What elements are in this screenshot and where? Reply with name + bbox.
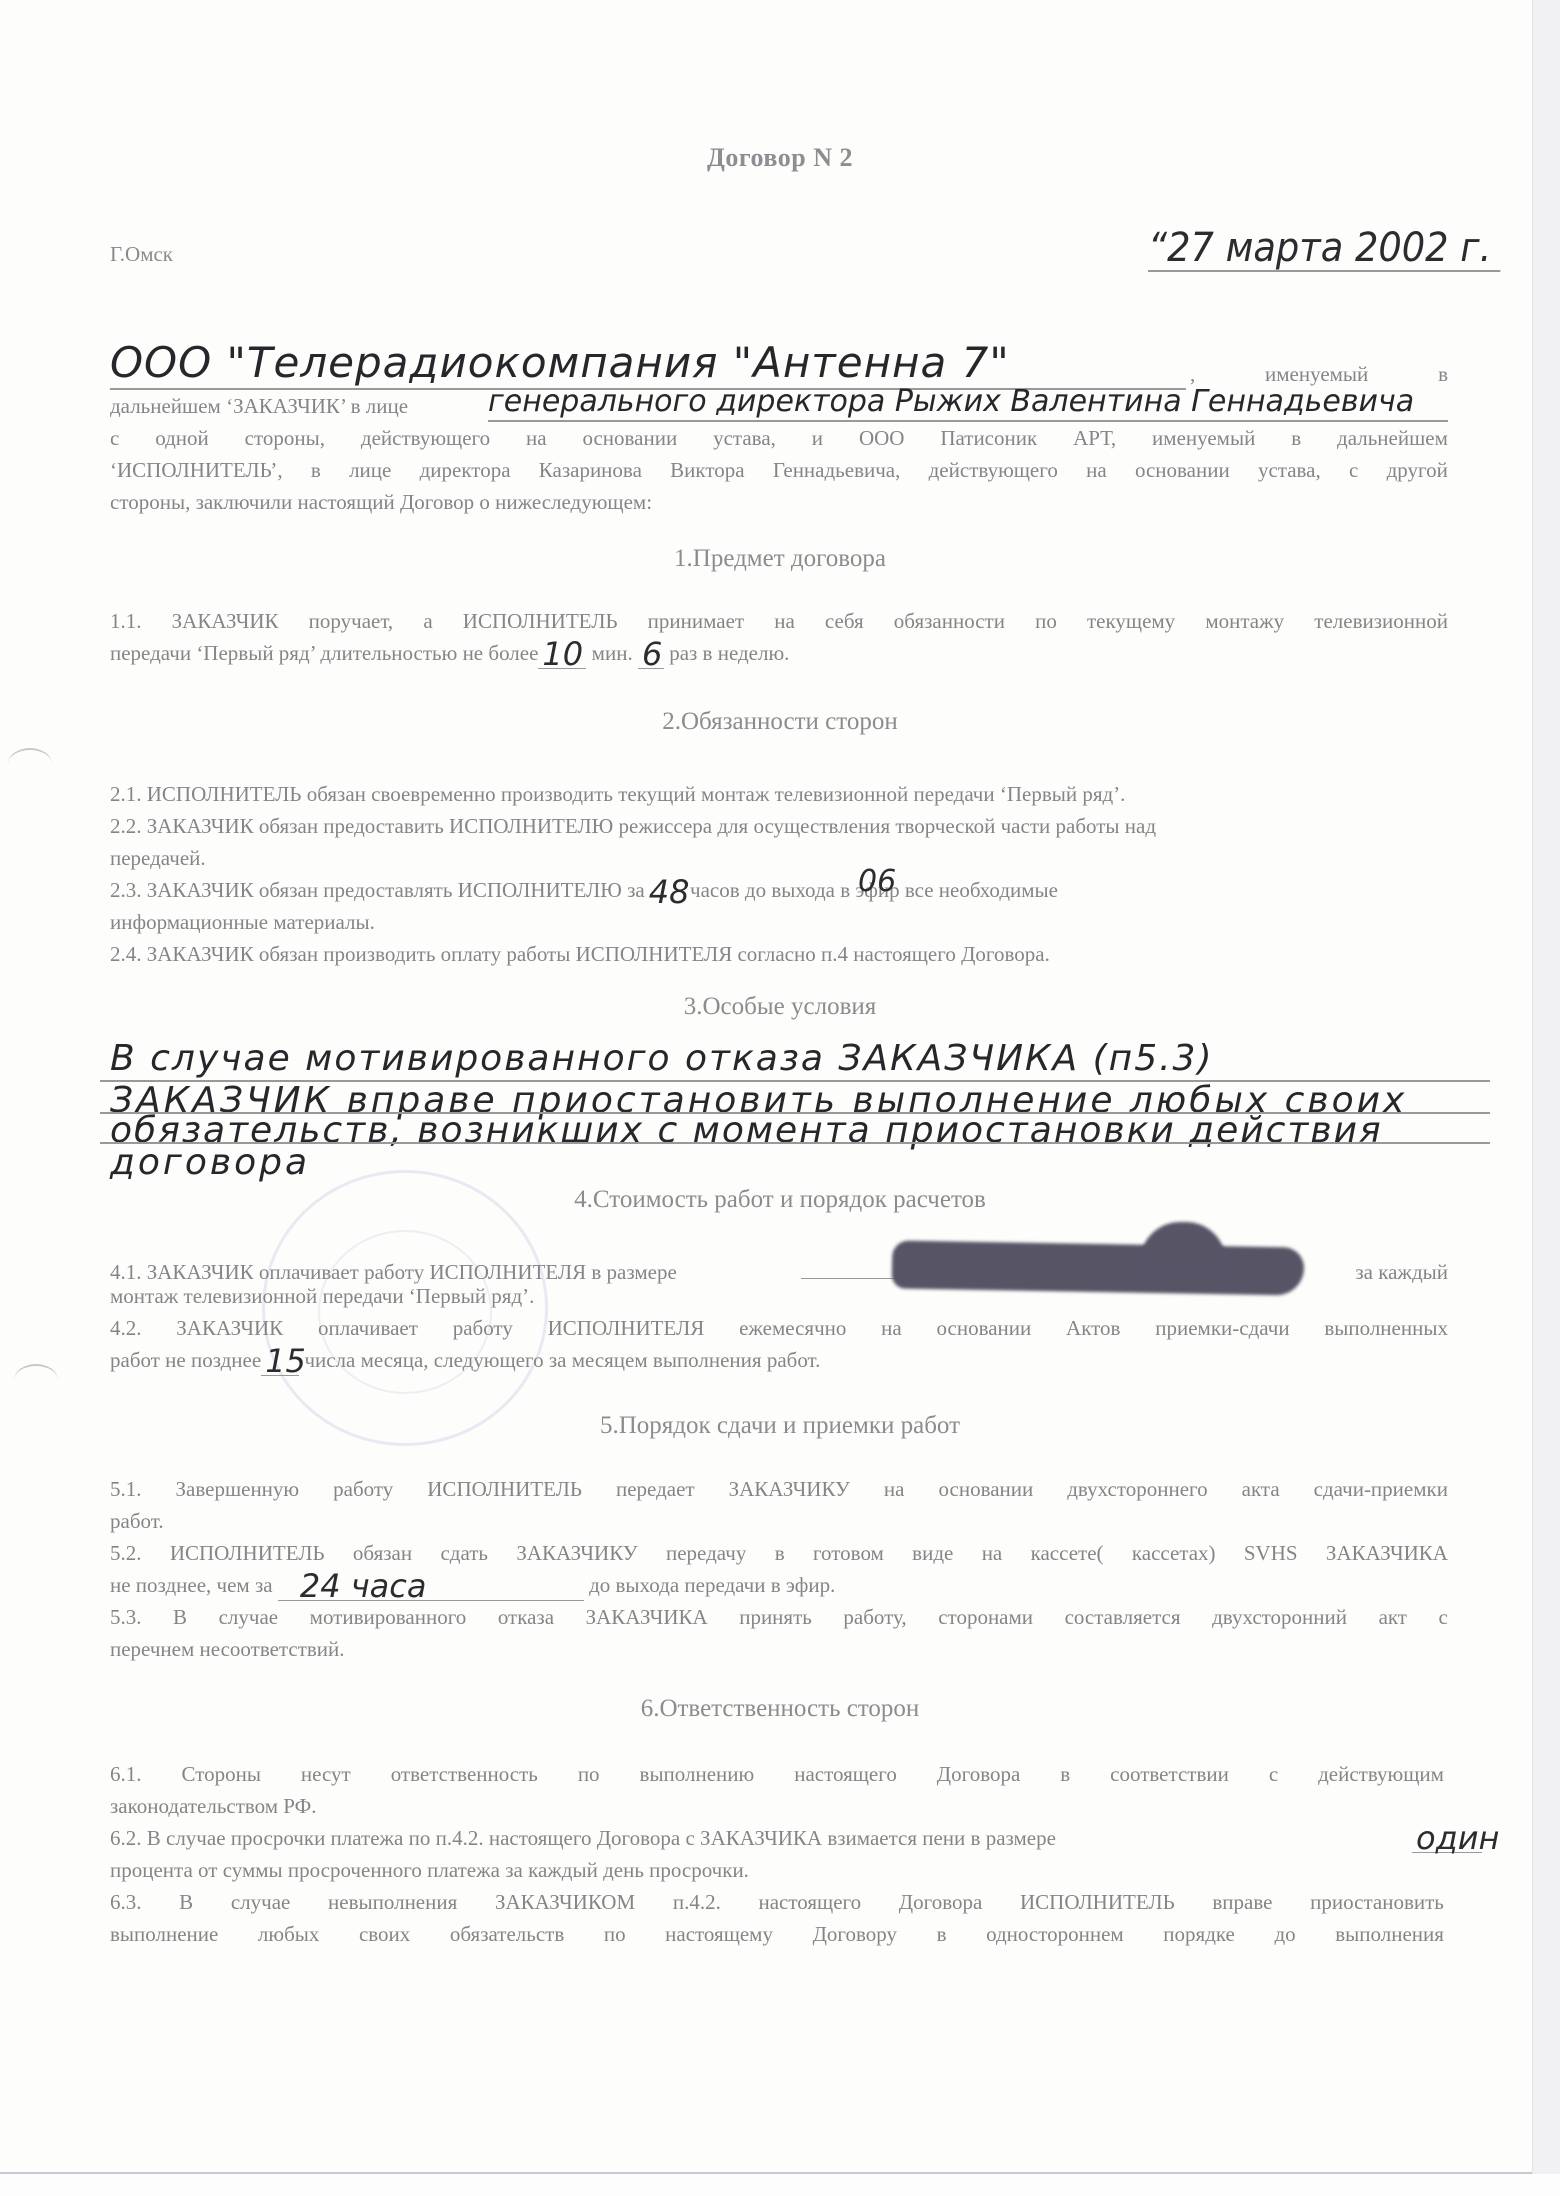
word: на: [884, 1473, 905, 1505]
word: ежемесячно: [739, 1312, 846, 1344]
delivery-deadline-handwritten: 24 часа: [300, 1570, 427, 1602]
word: ЗАКАЗЧИК: [172, 605, 279, 637]
word: в: [1060, 1758, 1070, 1790]
word: текущему: [1087, 605, 1175, 637]
word: лице: [349, 454, 391, 486]
scan-background: [0, 2174, 1560, 2196]
word: выполнение: [110, 1918, 218, 1950]
word: на: [1086, 454, 1107, 486]
word: Договора: [937, 1758, 1021, 1790]
clause-5-2-line1: 5.2.ИСПОЛНИТЕЛЬобязансдатьЗАКАЗЧИКУперед…: [110, 1537, 1448, 1569]
word: в: [311, 454, 321, 486]
blank-rule: [488, 420, 1448, 422]
word: обязанности: [894, 605, 1005, 637]
word: основании: [937, 1312, 1032, 1344]
duration-handwritten: 10: [542, 638, 583, 670]
word: другой: [1387, 454, 1448, 486]
section-heading-4: 4.Стоимость работ и порядок расчетов: [0, 1186, 1560, 1214]
word: Договора: [899, 1886, 983, 1918]
frequency-field: 6: [638, 638, 664, 669]
word: случае: [231, 1886, 291, 1918]
clause-1-1-line1: 1.1.ЗАКАЗЧИКпоручает,аИСПОЛНИТЕЛЬпринима…: [110, 605, 1448, 637]
word: действующего: [361, 422, 490, 454]
word: Казаринова: [539, 454, 642, 486]
clause-6-1-line1: 6.1.Сторонынесутответственностьповыполне…: [110, 1758, 1444, 1790]
word: ответственность: [391, 1758, 538, 1790]
word: монтажу: [1205, 605, 1284, 637]
word: кассете(: [1031, 1537, 1104, 1569]
word: акт: [1379, 1601, 1407, 1633]
word: выполнения: [1335, 1918, 1444, 1950]
word: двухстороннего: [1067, 1473, 1207, 1505]
hours-field: 48: [645, 876, 685, 906]
word: ЗАКАЗЧИКУ: [729, 1473, 850, 1505]
word: ИСПОЛНИТЕЛЯ: [548, 1312, 705, 1344]
word: Договору: [813, 1918, 897, 1950]
payment-day-field: 15: [261, 1345, 299, 1376]
word: сдачи-приемки: [1314, 1473, 1448, 1505]
word: Актов: [1066, 1312, 1120, 1344]
word: 5.2.: [110, 1537, 142, 1569]
word: сдать: [440, 1537, 488, 1569]
word: ЗАКАЗЧИКОМ: [495, 1886, 635, 1918]
word: несут: [301, 1758, 351, 1790]
word: настоящему: [665, 1918, 773, 1950]
word: составляется: [1065, 1601, 1181, 1633]
clause-text: передачи ‘Первый ряд’ длительностью не б…: [110, 641, 538, 665]
clause-2-3-line2: информационные материалы.: [110, 906, 1448, 938]
word: любых: [258, 1918, 319, 1950]
word: 1.1.: [110, 605, 142, 637]
word: принимает: [648, 605, 744, 637]
section-heading-2: 2.Обязанности сторон: [0, 708, 1560, 736]
word: Стороны: [181, 1758, 260, 1790]
word: виде: [912, 1537, 953, 1569]
clause-text: до выхода передачи в эфир.: [589, 1573, 835, 1597]
word: основании: [582, 422, 677, 454]
word: Патисоник: [940, 422, 1037, 454]
word: 5.3.: [110, 1601, 142, 1633]
word: одной: [155, 422, 209, 454]
word: с: [1439, 1601, 1448, 1633]
date-handwritten: “27 марта 2002 г.: [1148, 226, 1501, 272]
clause-5-3-line1: 5.3.ВслучаемотивированногоотказаЗАКАЗЧИК…: [110, 1601, 1448, 1633]
word: ЗАКАЗЧИКА: [586, 1601, 708, 1633]
section-heading-1: 1.Предмет договора: [0, 545, 1560, 573]
word: выполненных: [1324, 1312, 1448, 1344]
word: работу: [333, 1473, 393, 1505]
word: телевизионной: [1314, 605, 1448, 637]
section-2-clauses: 2.1. ИСПОЛНИТЕЛЬ обязан своевременно про…: [110, 778, 1448, 970]
clause-5-1-line1: 5.1.ЗавершеннуюработуИСПОЛНИТЕЛЬпередает…: [110, 1473, 1448, 1505]
clause-4-2-line2: работ не позднее15 числа месяца, следующ…: [110, 1344, 1448, 1376]
word: с: [1349, 454, 1358, 486]
preamble-line5: стороны, заключили настоящий Договор о н…: [110, 486, 1448, 518]
word: акта: [1242, 1473, 1280, 1505]
clause-6-3-line1: 6.3.ВслучаеневыполненияЗАКАЗЧИКОМп.4.2.н…: [110, 1886, 1444, 1918]
clause-5-1-line2: работ.: [110, 1505, 1448, 1537]
customer-representative-handwritten: генерального директора Рыжих Валентина Г…: [488, 384, 1414, 419]
word: сторонами: [938, 1601, 1033, 1633]
word: одностороннем: [986, 1918, 1124, 1950]
word: на: [526, 422, 547, 454]
word: Геннадьевича,: [773, 454, 901, 486]
word: ИСПОЛНИТЕЛЬ: [427, 1473, 582, 1505]
delivery-deadline-field: 24 часа: [278, 1570, 584, 1601]
special-condition-line-1: В случае мотивированного отказа ЗАКАЗЧИК…: [110, 1038, 1214, 1079]
customer-name-handwritten: ООО "Телерадиокомпания "Антенна 7": [110, 338, 1010, 387]
section-heading-3: 3.Особые условия: [0, 993, 1560, 1021]
redaction-mark: [1140, 1222, 1226, 1272]
word: Виктора: [670, 454, 744, 486]
word: в: [937, 1918, 947, 1950]
section-heading-6: 6.Ответственность сторон: [0, 1695, 1560, 1723]
redaction-mark: [892, 1240, 1305, 1295]
word: директора: [420, 454, 511, 486]
word: с: [1269, 1758, 1278, 1790]
clause-text: не позднее, чем за: [110, 1573, 273, 1597]
preamble-line2-prefix: дальнейшем ‘ЗАКАЗЧИК’ в лице: [110, 394, 408, 418]
word: ЗАКАЗЧИКА: [1326, 1537, 1448, 1569]
word: ЗАКАЗЧИК: [176, 1312, 283, 1344]
word: в: [775, 1537, 785, 1569]
scan-page-edge: [1532, 0, 1560, 2175]
word: действующего: [929, 454, 1058, 486]
clause-2-2-line1: 2.2. ЗАКАЗЧИК обязан предоставить ИСПОЛН…: [110, 810, 1448, 842]
word: обязательств: [450, 1918, 564, 1950]
word: приемки-сдачи: [1155, 1312, 1289, 1344]
word: устава,: [1258, 454, 1321, 486]
word: случае: [219, 1601, 279, 1633]
word: 6.3.: [110, 1886, 142, 1918]
word: по: [604, 1918, 626, 1950]
word: В: [179, 1886, 193, 1918]
section-heading-5: 5.Порядок сдачи и приемки работ: [0, 1412, 1560, 1440]
section-6-clauses: 6.1.Сторонынесутответственностьповыполне…: [110, 1758, 1444, 1950]
clause-6-2-line1: 6.2. В случае просрочки платежа по п.4.2…: [110, 1822, 1444, 1854]
word: ООО: [859, 422, 905, 454]
word: невыполнения: [328, 1886, 457, 1918]
word: 6.1.: [110, 1758, 142, 1790]
clause-2-1: 2.1. ИСПОЛНИТЕЛЬ обязан своевременно про…: [110, 778, 1448, 810]
clause-1-1-line2: передачи ‘Первый ряд’ длительностью не б…: [110, 637, 1448, 669]
word: на: [982, 1537, 1003, 1569]
clause-text: 6.2. В случае просрочки платежа по п.4.2…: [110, 1826, 1056, 1850]
word: вправе: [1212, 1886, 1272, 1918]
duration-field: 10: [538, 638, 586, 669]
clause-text: работ не позднее: [110, 1348, 261, 1372]
document-title: Договор N 2: [0, 143, 1560, 173]
punch-hole-mark: [14, 1364, 58, 1396]
word: на: [881, 1312, 902, 1344]
word: обязан: [353, 1537, 412, 1569]
section-5-clauses: 5.1.ЗавершеннуюработуИСПОЛНИТЕЛЬпередает…: [110, 1473, 1448, 1665]
word: на: [774, 605, 795, 637]
word: ИСПОЛНИТЕЛЬ: [1020, 1886, 1175, 1918]
word: основании: [1135, 454, 1230, 486]
word: своих: [359, 1918, 410, 1950]
clause-6-1-line2: законодательством РФ.: [110, 1790, 1444, 1822]
word: поручает,: [309, 605, 394, 637]
clause-6-3-line2: выполнениелюбыхсвоихобязательствпонастоя…: [110, 1918, 1444, 1950]
word: именуемый: [1152, 422, 1255, 454]
clause-2-2-line2: передачей.: [110, 842, 1448, 874]
word: устава,: [713, 422, 776, 454]
word: работу,: [843, 1601, 906, 1633]
word: настоящего: [759, 1886, 862, 1918]
word: Завершенную: [176, 1473, 300, 1505]
word: в: [1438, 358, 1448, 390]
word: 4.2.: [110, 1312, 142, 1344]
penalty-rate-handwritten: один: [1416, 1822, 1499, 1854]
word: двухсторонний: [1212, 1601, 1347, 1633]
word: ИСПОЛНИТЕЛЬ: [170, 1537, 325, 1569]
payment-day-handwritten: 15: [265, 1345, 306, 1377]
city-label: Г.Омск: [110, 242, 173, 267]
word: стороны,: [245, 422, 325, 454]
clause-text: числа месяца, следующего за месяцем выпо…: [304, 1348, 820, 1372]
clause-2-4: 2.4. ЗАКАЗЧИК обязан производить оплату …: [110, 938, 1448, 970]
clause-1-1: 1.1.ЗАКАЗЧИКпоручает,аИСПОЛНИТЕЛЬпринима…: [110, 605, 1448, 669]
word: 5.1.: [110, 1473, 142, 1505]
clause-2-3-line1: 2.3. ЗАКАЗЧИК обязан предоставлять ИСПОЛ…: [110, 874, 1448, 906]
clause-text: раз в неделю.: [669, 641, 789, 665]
word: с: [110, 422, 119, 454]
word: а: [423, 605, 432, 637]
frequency-handwritten: 6: [642, 638, 662, 670]
word: передает: [616, 1473, 695, 1505]
penalty-rate-field: один: [1412, 1822, 1482, 1853]
word: ‘ИСПОЛНИТЕЛЬ’,: [110, 454, 283, 486]
word: по: [1035, 605, 1057, 637]
clause-text: за каждый: [1355, 1256, 1448, 1288]
word: приостановить: [1310, 1886, 1444, 1918]
word: оплачивает: [318, 1312, 418, 1344]
preamble-line4: ‘ИСПОЛНИТЕЛЬ’,влицедиректораКазариноваВи…: [110, 454, 1448, 486]
word: В: [173, 1601, 187, 1633]
clause-text: мин.: [592, 641, 633, 665]
clause-5-3-line2: перечнем несоответствий.: [110, 1633, 1448, 1665]
word: и: [812, 422, 823, 454]
word: соответствии: [1110, 1758, 1229, 1790]
word: себя: [825, 605, 864, 637]
word: по: [578, 1758, 600, 1790]
word: АРТ,: [1073, 422, 1116, 454]
word: ЗАКАЗЧИКУ: [516, 1537, 637, 1569]
word: порядке: [1163, 1918, 1235, 1950]
overwrite-handwritten: 06: [858, 866, 896, 898]
word: п.4.2.: [673, 1886, 721, 1918]
special-condition-line-4: договора: [110, 1142, 310, 1183]
word: передачу: [666, 1537, 746, 1569]
word: кассетах): [1132, 1537, 1216, 1569]
punch-hole-mark: [8, 748, 52, 780]
word: в: [1291, 422, 1301, 454]
hours-handwritten: 48: [649, 876, 690, 908]
word: действующим: [1318, 1758, 1444, 1790]
word: основании: [938, 1473, 1033, 1505]
preamble-line3: соднойстороны,действующегонаоснованииуст…: [110, 422, 1448, 454]
word: мотивированного: [310, 1601, 467, 1633]
word: готовом: [813, 1537, 884, 1569]
word: ИСПОЛНИТЕЛЬ: [463, 605, 618, 637]
word: работу: [453, 1312, 513, 1344]
clause-text: 2.3. ЗАКАЗЧИК обязан предоставлять ИСПОЛ…: [110, 878, 645, 902]
word: выполнению: [640, 1758, 755, 1790]
clause-5-2-line2: не позднее, чем за 24 часа до выхода пер…: [110, 1569, 1448, 1601]
word: дальнейшем: [1337, 422, 1448, 454]
clause-4-2-line1: 4.2.ЗАКАЗЧИКоплачиваетработуИСПОЛНИТЕЛЯе…: [110, 1312, 1448, 1344]
clause-6-2-line2: процента от суммы просроченного платежа …: [110, 1854, 1444, 1886]
word: принять: [739, 1601, 812, 1633]
word: отказа: [498, 1601, 554, 1633]
word: до: [1274, 1918, 1295, 1950]
word: настоящего: [794, 1758, 897, 1790]
word: SVHS: [1244, 1537, 1298, 1569]
